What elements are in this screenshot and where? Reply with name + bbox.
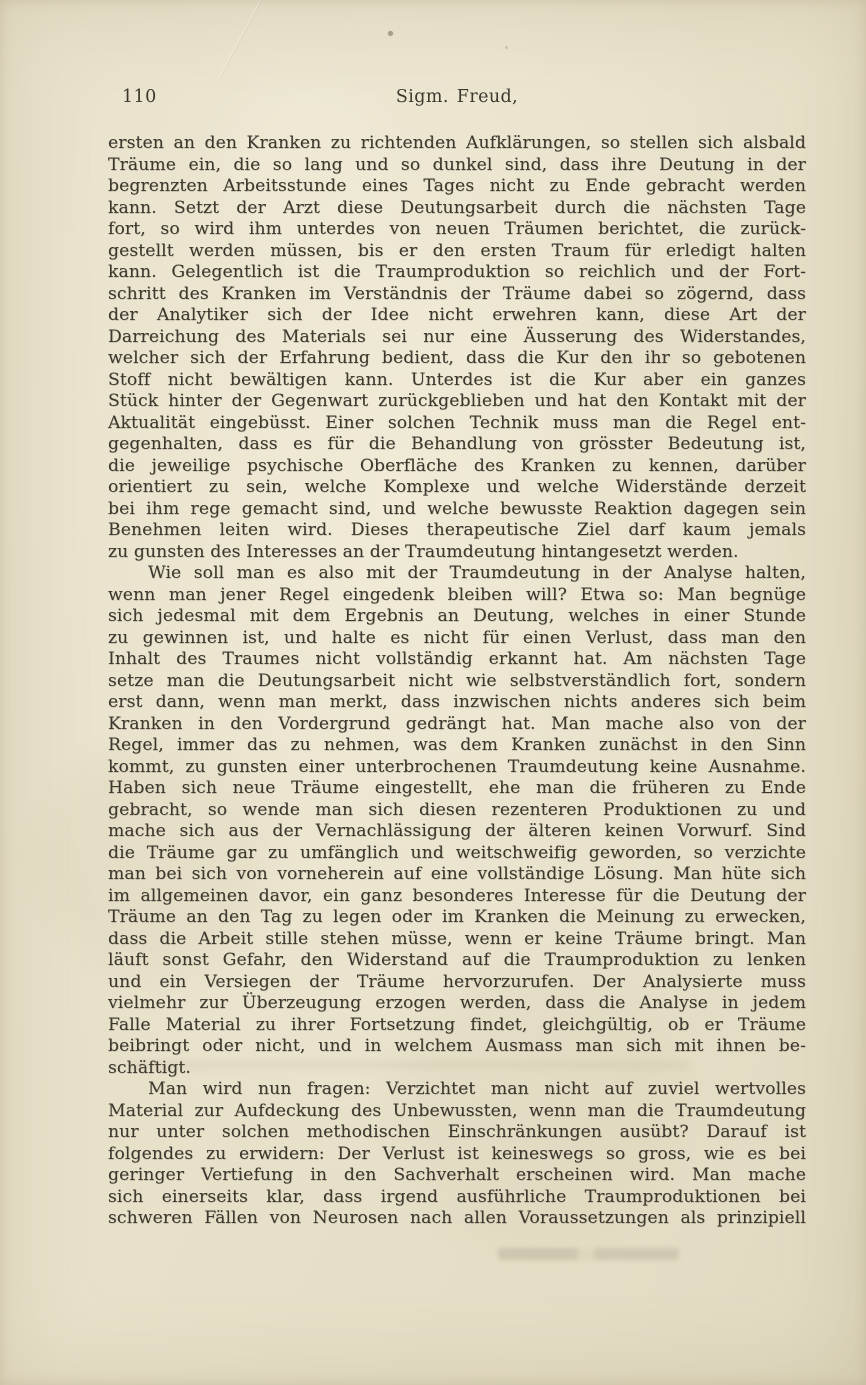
text-line: Träume an den Tag zu legen oder im Krank…	[108, 907, 806, 929]
text-line: Stück hinter der Gegenwart zurückgeblieb…	[108, 391, 806, 413]
text-line: bei ihm rege gemacht sind, und welche be…	[108, 499, 806, 521]
text-line: begrenzten Arbeitsstunde eines Tages nic…	[108, 176, 806, 198]
text-line: sich einerseits klar, dass irgend ausfüh…	[108, 1187, 806, 1209]
text-line: erst dann, wenn man merkt, dass inzwisch…	[108, 692, 806, 714]
paper-crease	[218, 0, 263, 80]
text-line: die jeweilige psychische Oberfläche des …	[108, 456, 806, 478]
text-line: dass die Arbeit stille stehen müsse, wen…	[108, 929, 806, 951]
text-line: Falle Material zu ihrer Fortsetzung find…	[108, 1015, 806, 1037]
text-line: mache sich aus der Vernachlässigung der …	[108, 821, 806, 843]
show-through-smudge-faint	[130, 1060, 690, 1070]
text-line: Träume ein, die so lang und so dunkel si…	[108, 155, 806, 177]
text-line: schritt des Kranken im Verständnis der T…	[108, 284, 806, 306]
text-line: im allgemeinen davor, ein ganz besondere…	[108, 886, 806, 908]
running-header: Sigm. Freud,	[108, 87, 806, 107]
text-line: kann. Setzt der Arzt diese Deutungsarbei…	[108, 198, 806, 220]
text-line: welcher sich der Erfahrung bedient, dass…	[108, 348, 806, 370]
show-through-smudge	[498, 1248, 708, 1260]
text-line: Aktualität eingebüsst. Einer solchen Tec…	[108, 413, 806, 435]
text-line: der Analytiker sich der Idee nicht erweh…	[108, 305, 806, 327]
text-line: Kranken in den Vordergrund gedrängt hat.…	[108, 714, 806, 736]
text-line: zu gunsten des Interesses an der Traumde…	[108, 542, 806, 564]
text-line: sich jedesmal mit dem Ergebnis an Deutun…	[108, 606, 806, 628]
text-line: man bei sich von vorneherein auf eine vo…	[108, 864, 806, 886]
text-line: Benehmen leiten wird. Dieses therapeutis…	[108, 520, 806, 542]
text-line: und ein Versiegen der Träume hervorzuruf…	[108, 972, 806, 994]
text-line: vielmehr zur Überzeugung erzogen werden,…	[108, 993, 806, 1015]
text-line: setze man die Deutungsarbeit nicht wie s…	[108, 671, 806, 693]
text-line: gestellt werden müssen, bis er den erste…	[108, 241, 806, 263]
text-line: gebracht, so wende man sich diesen rezen…	[108, 800, 806, 822]
text-line: Material zur Aufdeckung des Unbewussten,…	[108, 1101, 806, 1123]
text-line: zu gewinnen ist, und halte es nicht für …	[108, 628, 806, 650]
text-line: Wie soll man es also mit der Traumdeutun…	[108, 563, 806, 585]
text-line: beibringt oder nicht, und in welchem Aus…	[108, 1036, 806, 1058]
text-line: schweren Fällen von Neurosen nach allen …	[108, 1208, 806, 1230]
text-line: gegenhalten, dass es für die Behandlung …	[108, 434, 806, 456]
text-line: Man wird nun fragen: Verzichtet man nich…	[108, 1079, 806, 1101]
text-line: orientiert zu sein, welche Komplexe und …	[108, 477, 806, 499]
text-line: Inhalt des Traumes nicht vollständig erk…	[108, 649, 806, 671]
text-line: kann. Gelegentlich ist die Traumprodukti…	[108, 262, 806, 284]
text-line: Stoff nicht bewältigen kann. Unterdes is…	[108, 370, 806, 392]
ink-speck	[388, 31, 393, 36]
text-line: folgendes zu erwidern: Der Verlust ist k…	[108, 1144, 806, 1166]
text-line: wenn man jener Regel eingedenk bleiben w…	[108, 585, 806, 607]
text-line: läuft sonst Gefahr, den Widerstand auf d…	[108, 950, 806, 972]
ink-speck-small	[505, 46, 508, 49]
text-line: ersten an den Kranken zu richtenden Aufk…	[108, 133, 806, 155]
book-page: 110 Sigm. Freud, ersten an den Kranken z…	[0, 0, 866, 1385]
text-line: Regel, immer das zu nehmen, was dem Kran…	[108, 735, 806, 757]
text-line: geringer Vertiefung in den Sachverhalt e…	[108, 1165, 806, 1187]
text-line: die Träume gar zu umfänglich und weitsch…	[108, 843, 806, 865]
text-line: kommt, zu gunsten einer unterbrochenen T…	[108, 757, 806, 779]
text-line: Darreichung des Materials sei nur eine Ä…	[108, 327, 806, 349]
page-header: 110 Sigm. Freud,	[108, 87, 806, 111]
text-line: nur unter solchen methodischen Einschrän…	[108, 1122, 806, 1144]
text-line: fort, so wird ihm unterdes von neuen Trä…	[108, 219, 806, 241]
text-line: Haben sich neue Träume eingestellt, ehe …	[108, 778, 806, 800]
